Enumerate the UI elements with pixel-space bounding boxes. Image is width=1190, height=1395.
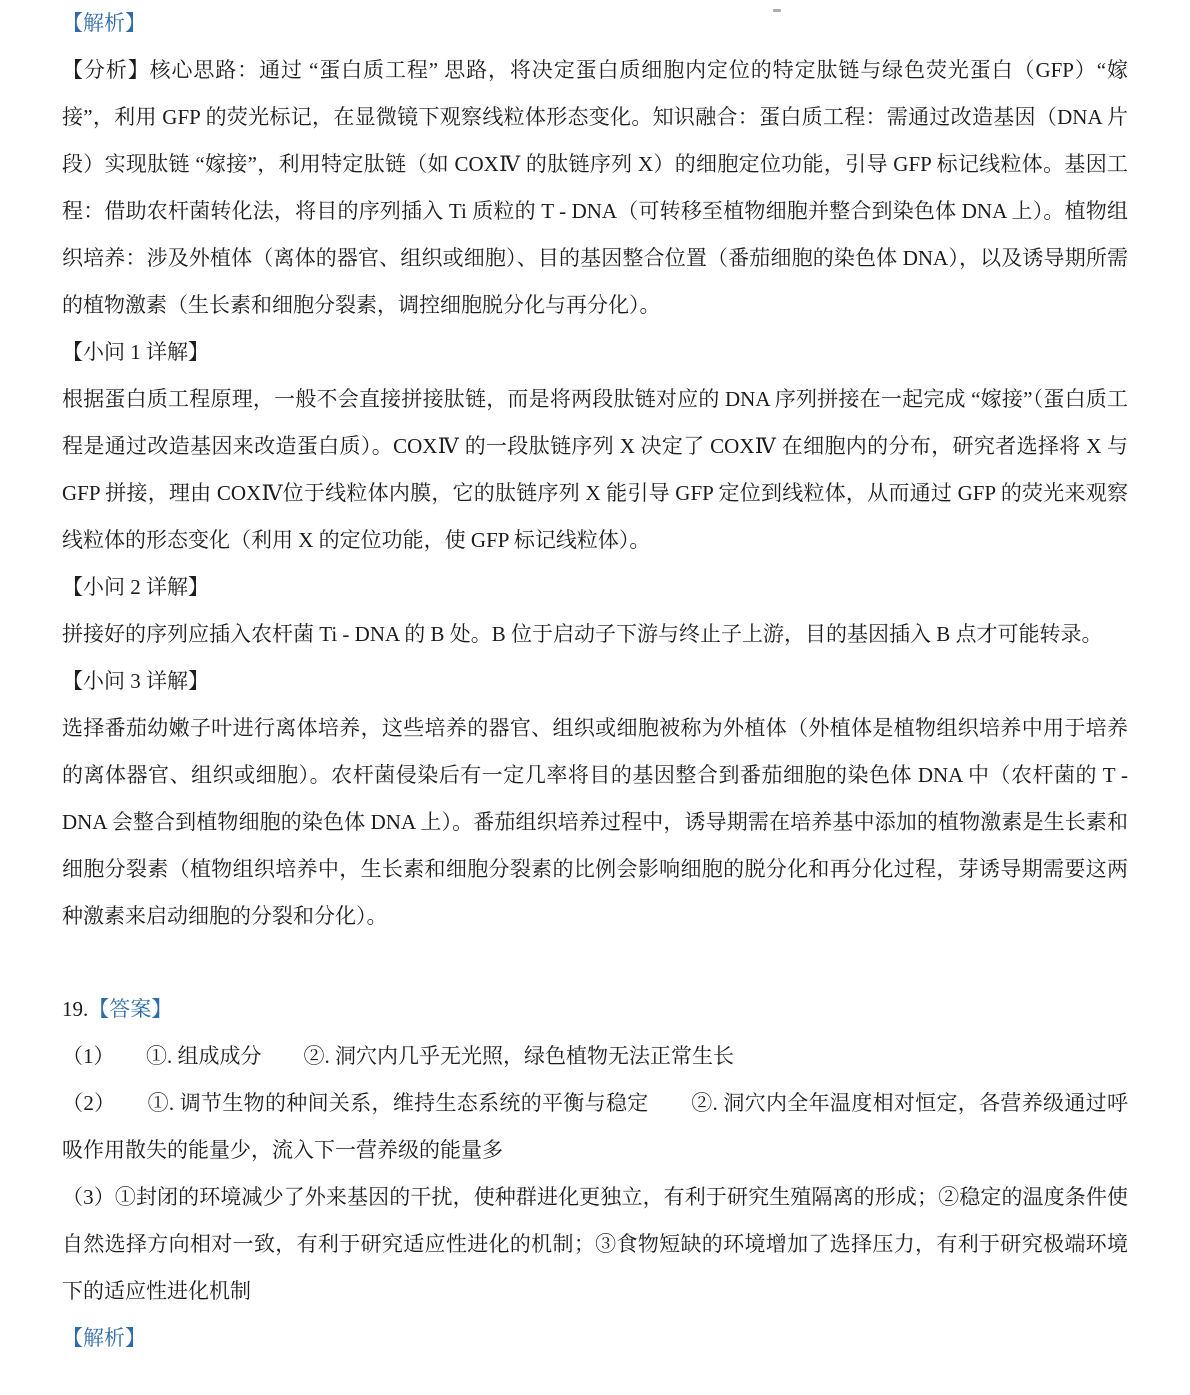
explanation-19-section-label: 【解析】 xyxy=(62,1315,1128,1362)
explanation-18-analysis-paragraph: 【分析】核心思路：通过 “蛋白质工程” 思路，将决定蛋白质细胞内定位的特定肽链与… xyxy=(62,47,1128,329)
question-19-number: 19. xyxy=(62,997,88,1021)
section-gap xyxy=(62,940,1128,986)
subquestion-1-heading: 【小问 1 详解】 xyxy=(62,329,1128,376)
subquestion-1-explanation: 根据蛋白质工程原理，一般不会直接拼接肽链，而是将两段肽链对应的 DNA 序列拼接… xyxy=(62,376,1128,564)
subquestion-2-explanation: 拼接好的序列应插入农杆菌 Ti - DNA 的 B 处。B 位于启动子下游与终止… xyxy=(62,611,1128,658)
explanation-18-section-label: 【解析】 xyxy=(62,0,1128,47)
question-19-answer-label: 【答案】 xyxy=(88,997,172,1021)
question-19-answer-1: （1） ①. 组成成分 ②. 洞穴内几乎无光照，绿色植物无法正常生长 xyxy=(62,1033,1128,1080)
answer-sheet-page: 【解析】 【分析】核心思路：通过 “蛋白质工程” 思路，将决定蛋白质细胞内定位的… xyxy=(62,0,1128,1362)
subquestion-2-heading: 【小问 2 详解】 xyxy=(62,564,1128,611)
subquestion-3-heading: 【小问 3 详解】 xyxy=(62,658,1128,705)
question-19-answer-3: （3）①封闭的环境减少了外来基因的干扰，使种群进化更独立，有利于研究生殖隔离的形… xyxy=(62,1174,1128,1315)
question-19-answer-heading: 19.【答案】 xyxy=(62,986,1128,1033)
subquestion-3-explanation: 选择番茄幼嫩子叶进行离体培养，这些培养的器官、组织或细胞被称为外植体（外植体是植… xyxy=(62,705,1128,940)
question-19-answer-2: （2） ①. 调节生物的种间关系，维持生态系统的平衡与稳定 ②. 洞穴内全年温度… xyxy=(62,1080,1128,1174)
